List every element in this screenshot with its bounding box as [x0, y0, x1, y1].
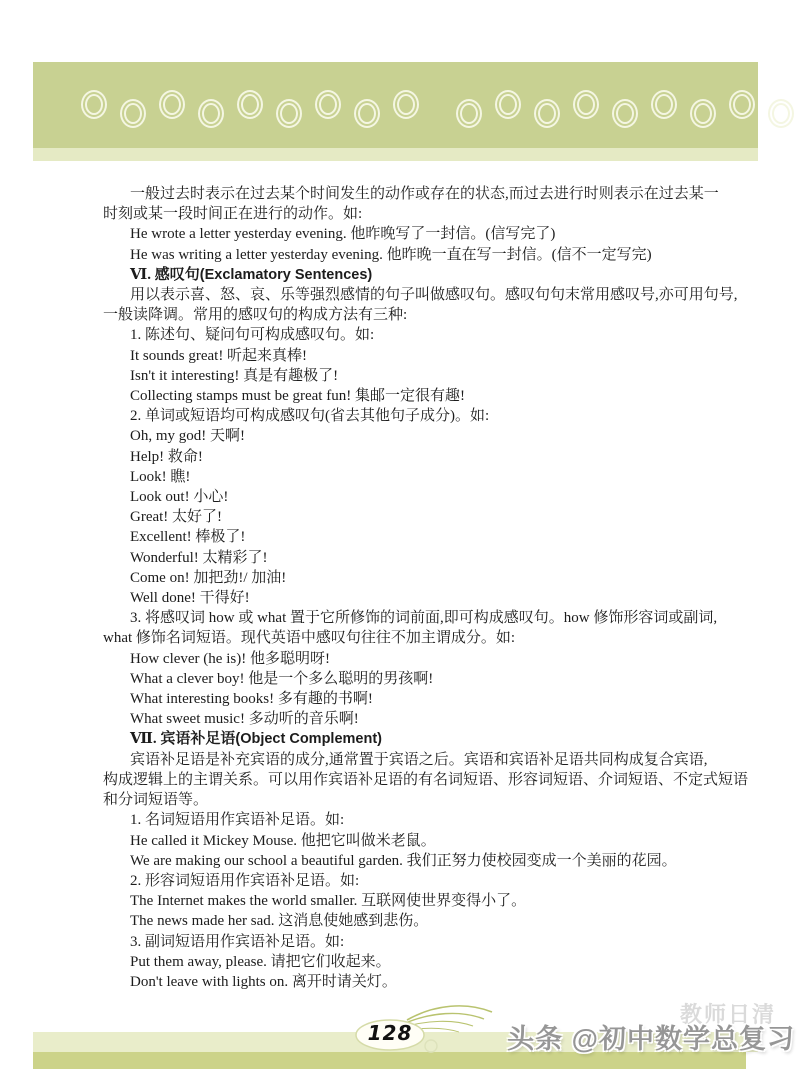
text-line: 3. 将感叹词 how 或 what 置于它所修饰的词前面,即可构成感叹句。ho…: [103, 608, 763, 628]
top-decorative-band: [33, 62, 758, 148]
ring-ornament-icon: [120, 99, 146, 128]
section-heading: Ⅶ. 宾语补足语(Object Complement): [103, 729, 763, 749]
text-line: How clever (he is)! 他多聪明呀!: [103, 649, 763, 669]
text-line: 一般过去时表示在过去某个时间发生的动作或存在的状态,而过去进行时则表示在过去某一: [103, 184, 763, 204]
text-line: He was writing a letter yesterday evenin…: [103, 245, 763, 265]
text-line: Well done! 干得好!: [103, 588, 763, 608]
watermark-primary: 头条 @初中数学总复习: [507, 1017, 795, 1056]
text-line: 和分词短语等。: [103, 790, 763, 810]
text-line: 2. 单词或短语均可构成感叹句(省去其他句子成分)。如:: [103, 406, 763, 426]
text-line: Put them away, please. 请把它们收起来。: [103, 952, 763, 972]
text-line: what 修饰名词短语。现代英语中感叹句往往不加主谓成分。如:: [103, 628, 763, 648]
text-line: Great! 太好了!: [103, 507, 763, 527]
text-line: Look out! 小心!: [103, 487, 763, 507]
text-line: Isn't it interesting! 真是有趣极了!: [103, 366, 763, 386]
content-lines: 一般过去时表示在过去某个时间发生的动作或存在的状态,而过去进行时则表示在过去某一…: [103, 184, 763, 992]
text-line: Collecting stamps must be great fun! 集邮一…: [103, 386, 763, 406]
ring-ornament-icon: [534, 99, 560, 128]
text-line: The news made her sad. 这消息使她感到悲伤。: [103, 911, 763, 931]
ring-ornament-icon: [315, 90, 341, 119]
page-number: 128: [356, 1021, 424, 1045]
page-number-badge: 128: [345, 1000, 495, 1055]
ring-ornament-icon: [768, 99, 794, 128]
text-line: 时刻或某一段时间正在进行的动作。如:: [103, 204, 763, 224]
text-line: Excellent! 棒极了!: [103, 527, 763, 547]
text-line: Oh, my god! 天啊!: [103, 426, 763, 446]
text-line: He wrote a letter yesterday evening. 他昨晚…: [103, 224, 763, 244]
text-line: Wonderful! 太精彩了!: [103, 548, 763, 568]
text-line: The Internet makes the world smaller. 互联…: [103, 891, 763, 911]
text-line: Help! 救命!: [103, 447, 763, 467]
ring-ornament-icon: [276, 99, 302, 128]
ring-ornament-icon: [237, 90, 263, 119]
ring-ornament-icon: [456, 99, 482, 128]
text-line: 3. 副词短语用作宾语补足语。如:: [103, 932, 763, 952]
text-line: What a clever boy! 他是一个多么聪明的男孩啊!: [103, 669, 763, 689]
ring-ornament-icon: [690, 99, 716, 128]
text-line: 一般读降调。常用的感叹句的构成方法有三种:: [103, 305, 763, 325]
text-line: 构成逻辑上的主谓关系。可以用作宾语补足语的有名词短语、形容词短语、介词短语、不定…: [103, 770, 763, 790]
text-line: What sweet music! 多动听的音乐啊!: [103, 709, 763, 729]
ring-ornament-icon: [573, 90, 599, 119]
circle-ornament-row: [33, 90, 794, 119]
top-band-light-strip: [33, 148, 758, 161]
ring-ornament-icon: [198, 99, 224, 128]
ring-ornament-icon: [159, 90, 185, 119]
text-line: What interesting books! 多有趣的书啊!: [103, 689, 763, 709]
ring-ornament-icon: [354, 99, 380, 128]
ring-ornament-icon: [651, 90, 677, 119]
text-line: Come on! 加把劲!/ 加油!: [103, 568, 763, 588]
book-page: 一般过去时表示在过去某个时间发生的动作或存在的状态,而过去进行时则表示在过去某一…: [0, 0, 800, 1069]
section-heading: Ⅵ. 感叹句(Exclamatory Sentences): [103, 265, 763, 285]
text-line: He called it Mickey Mouse. 他把它叫做米老鼠。: [103, 831, 763, 851]
text-line: It sounds great! 听起来真棒!: [103, 346, 763, 366]
text-line: 1. 名词短语用作宾语补足语。如:: [103, 810, 763, 830]
text-line: 1. 陈述句、疑问句可构成感叹句。如:: [103, 325, 763, 345]
text-line: We are making our school a beautiful gar…: [103, 851, 763, 871]
text-line: Don't leave with lights on. 离开时请关灯。: [103, 972, 763, 992]
ring-ornament-icon: [393, 90, 419, 119]
text-line: Look! 瞧!: [103, 467, 763, 487]
ring-ornament-icon: [495, 90, 521, 119]
text-line: 用以表示喜、怒、哀、乐等强烈感情的句子叫做感叹句。感叹句句末常用感叹号,亦可用句…: [103, 285, 763, 305]
text-line: 宾语补足语是补充宾语的成分,通常置于宾语之后。宾语和宾语补足语共同构成复合宾语,: [103, 750, 763, 770]
ring-ornament-icon: [612, 99, 638, 128]
ring-ornament-icon: [729, 90, 755, 119]
text-line: 2. 形容词短语用作宾语补足语。如:: [103, 871, 763, 891]
ring-ornament-icon: [81, 90, 107, 119]
